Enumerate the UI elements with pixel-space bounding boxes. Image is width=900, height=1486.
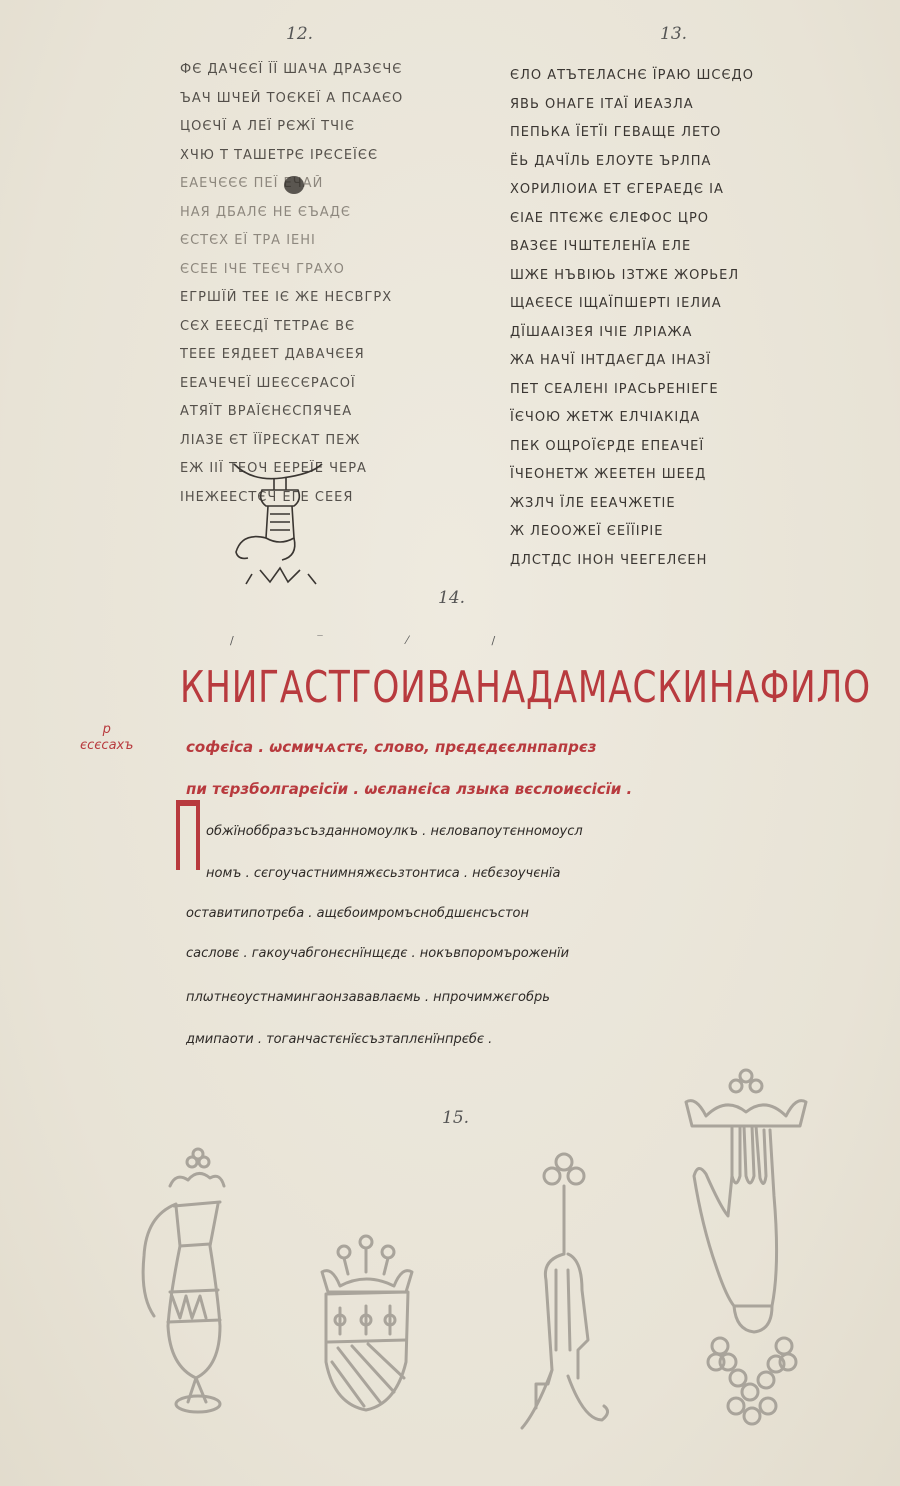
margin-note: р єсєсахъ xyxy=(80,722,133,754)
body-line: оставитипотрєба . ащєбоимромъснобдшєнсъс… xyxy=(186,906,529,921)
body-line: обжїноббразъсъзданномоулкъ . нєловапоутє… xyxy=(206,824,583,839)
figure-number-14: 14. xyxy=(438,588,465,608)
ms-line: ЄСТЄХ ЕЇ ТРА ІЕНІ xyxy=(180,227,444,256)
figure-number-12: 12. xyxy=(286,24,313,44)
watermark-staff-icon xyxy=(512,1150,612,1440)
rubric-line: софєіса . ѡсмичѧстє, слово, прєдєдєєлнпа… xyxy=(186,738,597,756)
body-line: дмипаоти . тоганчастєнїєсъзтаплєнїнпрєбє… xyxy=(186,1032,492,1047)
rubric-line: пи тєрзболгарєісїи . ѡєланєіса лзыка вєс… xyxy=(186,780,632,798)
margin-note-line: єсєсахъ xyxy=(80,738,133,754)
body-line: сасловє . гакоучабгонєснїнщєдє . нокъвпо… xyxy=(186,946,569,961)
ms-line: ХОРИЛІОИА ЕТ ЄГЕРАЕДЄ ІА xyxy=(510,176,780,205)
ms-line: ЯВЬ ОНАГЕ ІТАЇ ИЕАЗЛА xyxy=(510,91,780,120)
ms-line: ДЇШААІЗЕЯ ІЧІЕ ЛРІАЖА xyxy=(510,319,780,348)
ms-line: НАЯ ДБАЛЄ НЕ ЄЪАДЄ xyxy=(180,199,444,228)
manuscript-plate: 12. 13. 14. 15. ФЄ ДАЧЄЄЇ ЇЇ ШАЧА ДРАЗЄЧ… xyxy=(0,0,900,1486)
ms-line: ЕАЕЧЄЄЄ ПЕЇ ЕЧАЙ xyxy=(180,170,444,199)
figure-12-text-block: ФЄ ДАЧЄЄЇ ЇЇ ШАЧА ДРАЗЄЧЄ ЪАЧ ШЧЕЙ ТОЄКЕ… xyxy=(180,56,444,512)
watermark-ewer-icon xyxy=(140,1146,230,1416)
ms-line: Ж ЛЕООЖЕЇ ЄЕЇЇІРІЕ xyxy=(510,518,780,547)
ms-line: ТЕЕЕ ЕЯДЕЕТ ДАВАЧЄЕЯ xyxy=(180,341,444,370)
ms-line: СЄХ ЕЕЕСДЇ ТЕТРАЄ ВЄ xyxy=(180,313,444,342)
ms-line: ЖА НАЧЇ ІНТДАЄГДА ІНАЗЇ xyxy=(510,347,780,376)
accent-marks: / ‾ ⁄ / / xyxy=(230,634,900,647)
ms-line: ПЕТ СЕАЛЕНІ ІРАСЬРЕНІЕГЕ xyxy=(510,376,780,405)
body-line: номъ . сєгоучастнимняжєсьзтонтиса . нєбє… xyxy=(206,866,560,881)
figure-number-13: 13. xyxy=(660,24,687,44)
red-initial-letter xyxy=(176,800,200,870)
ms-line: ЖЗЛЧ ЇЛЕ ЕЕАЧЖЕТІЕ xyxy=(510,490,780,519)
ms-line: ПЕК ОЩРОЇЄРДЕ ЕПЕАЧЕЇ xyxy=(510,433,780,462)
hand-ornament-icon xyxy=(222,460,332,590)
ms-line: ФЄ ДАЧЄЄЇ ЇЇ ШАЧА ДРАЗЄЧЄ xyxy=(180,56,444,85)
ms-line: ЇЧЕОНЕТЖ ЖЕЕТЕН ШЕЕД xyxy=(510,461,780,490)
figure-number-15: 15. xyxy=(442,1108,469,1128)
ms-line: ДЛСТДС ІНОН ЧЕЕГЕЛЄЕН xyxy=(510,547,780,576)
ms-line: ЁЬ ДАЧЇЛЬ ЕЛОУТЕ ЪРЛПА xyxy=(510,148,780,177)
ms-line: ВАЗЄЕ ІЧШТЕЛЕНЇА ЕЛЕ xyxy=(510,233,780,262)
margin-note-line: р xyxy=(80,722,133,738)
ms-line: ПЕПЬКА ЇЕТЇІ ГЕВАЩЕ ЛЕТО xyxy=(510,119,780,148)
ms-line: ЕЕАЧЕЧЕЇ ШЕЄСЄРАСОЇ xyxy=(180,370,444,399)
ms-line: ЦОЄЧЇ А ЛЕЇ РЄЖЇ ТЧІЄ xyxy=(180,113,444,142)
ms-line: ЪАЧ ШЧЕЙ ТОЄКЕЇ А ПСААЄО xyxy=(180,85,444,114)
watermark-shield-icon xyxy=(316,1232,416,1422)
watermark-hand-icon xyxy=(676,1066,816,1436)
ms-line: ХЧЮ Т ТАШЕТРЄ ІРЄСЕЇЄЄ xyxy=(180,142,444,171)
ms-line: ЛІАЗЕ ЄТ ЇЇРЕСКАТ ПЕЖ xyxy=(180,427,444,456)
ms-line: ЕГРШЇЙ ТЕЕ ІЄ ЖЕ НЕСВГРХ xyxy=(180,284,444,313)
figure-13-text-block: ЄЛО АТЪТЕЛАСНЄ ЇРАЮ ШСЄДО ЯВЬ ОНАГЕ ІТАЇ… xyxy=(510,62,780,575)
ms-line: ЇЄЧОЮ ЖЕТЖ ЕЛЧІАКІДА xyxy=(510,404,780,433)
ms-line: ЄЛО АТЪТЕЛАСНЄ ЇРАЮ ШСЄДО xyxy=(510,62,780,91)
body-line: плѡтнєоустнамингаонзававлаємь . нпрочимж… xyxy=(186,990,550,1005)
ms-line: ЄІАЕ ПТЄЖЄ ЄЛЕФОС ЦРО xyxy=(510,205,780,234)
ms-line: ШЖЕ НЪВІЮЬ ІЗТЖЕ ЖОРЬЕЛ xyxy=(510,262,780,291)
ms-line: ЄСЕЕ ІЧЕ ТЕЄЧ ГРАХО xyxy=(180,256,444,285)
ink-blot xyxy=(284,176,304,194)
ms-line: АТЯЇТ ВРАЇЄНЄСПЯЧЕА xyxy=(180,398,444,427)
rubric-title: КНИГАСТГОИВАНАДАМАСКИНАФИЛО xyxy=(180,662,871,713)
ms-line: ЩАЄЕСЕ ІЩАЇПШЕРТІ ІЕЛИА xyxy=(510,290,780,319)
